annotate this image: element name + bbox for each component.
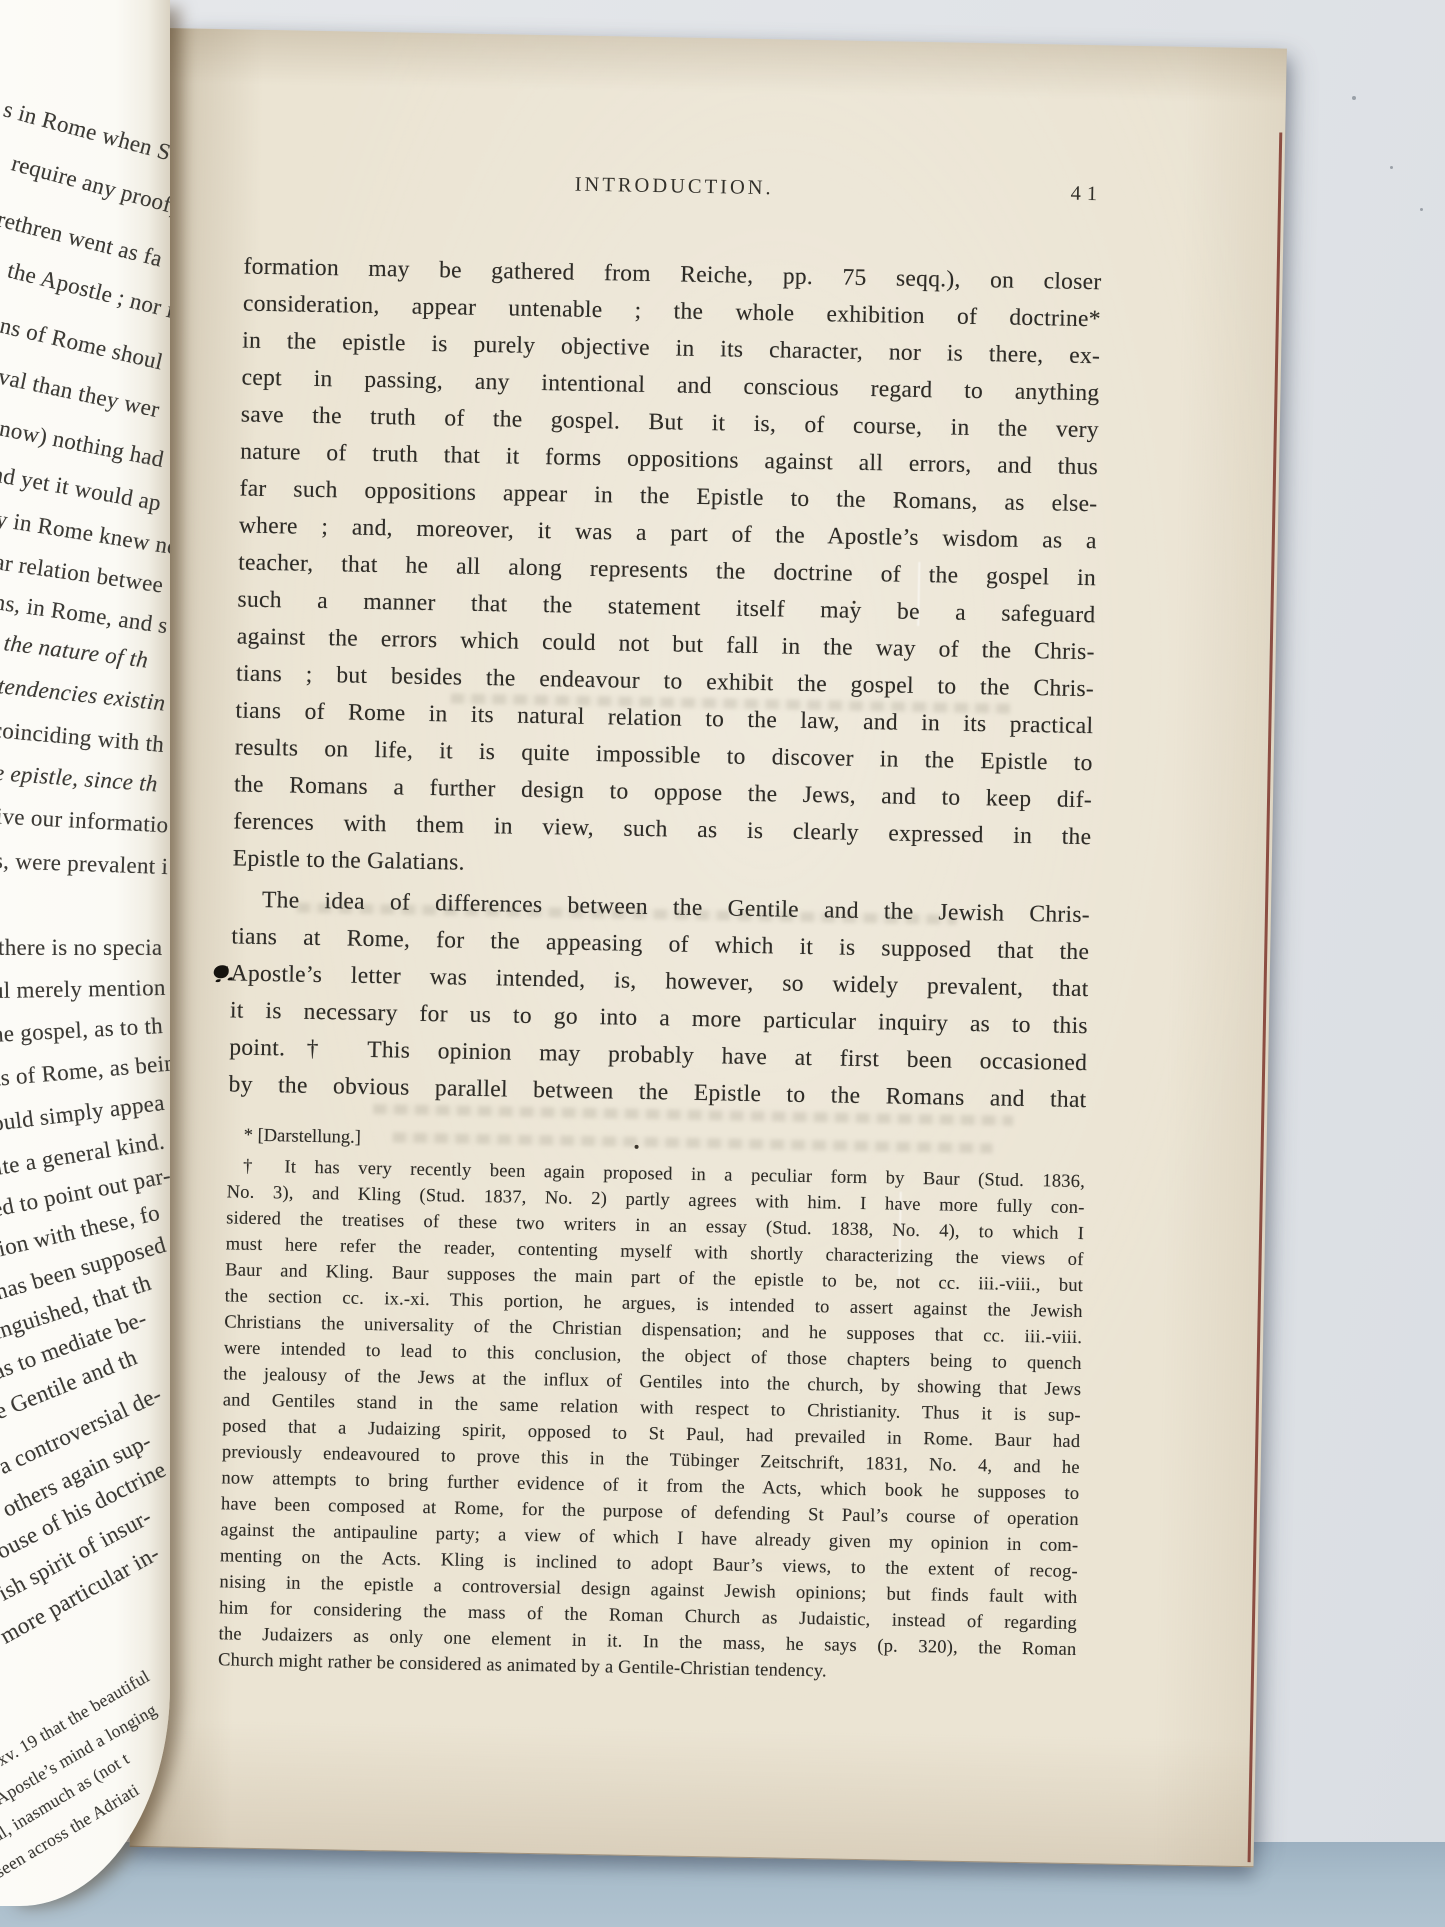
left-page-text-line: ans of Rome shoul [0, 310, 165, 375]
left-page-text-line: nd yet it would ap [0, 461, 163, 516]
left-page-text-line: iar relation betwee [0, 548, 165, 598]
left-page-text-line: ival than they wer [0, 362, 162, 423]
footnote-dagger: † It has very recently been again propos… [218, 1153, 1085, 1689]
background-speck [1420, 208, 1423, 211]
left-page-text-line: coinciding with th [0, 717, 165, 758]
left-page-text-line: know) nothing had [0, 413, 166, 473]
left-page-text-line: require any proof), [9, 150, 170, 221]
book-photo: INTRODUCTION. 41 formation may be gather… [0, 0, 1445, 1927]
right-page: INTRODUCTION. 41 formation may be gather… [130, 28, 1287, 1867]
left-page: s in Rome when Srequire any proof),breth… [0, 0, 170, 1906]
left-page-text-line: tendencies existin [0, 673, 167, 716]
running-header-row: INTRODUCTION. 41 [245, 168, 1103, 212]
left-page-text-line: rive our informatio [0, 803, 169, 838]
ink-speck [853, 601, 856, 604]
left-page-text-line: the nature of th [2, 630, 149, 673]
ink-blot [214, 965, 229, 978]
left-page-text-line: he gospel, as to th [0, 1013, 164, 1048]
background-speck [1390, 166, 1393, 169]
left-page-text-line: s, were prevalent i [0, 848, 169, 880]
left-page-text-line: ts of Rome, as bein [0, 1050, 170, 1092]
running-header: INTRODUCTION. [245, 168, 1103, 207]
body-paragraph-2: The idea of differences between the Gent… [228, 881, 1090, 1119]
page-number: 41 [1070, 183, 1103, 207]
body-paragraph-1: formation may be gathered from Reiche, p… [232, 249, 1101, 894]
background-speck [1352, 96, 1356, 100]
left-page-text-line: there is no specia [0, 935, 162, 961]
ink-speck [635, 1145, 639, 1149]
left-page-text-line: ould simply appea [0, 1090, 166, 1137]
left-page-text-line: e epistle, since th [0, 760, 159, 797]
left-page-text-line: ul merely mention [0, 975, 166, 1004]
